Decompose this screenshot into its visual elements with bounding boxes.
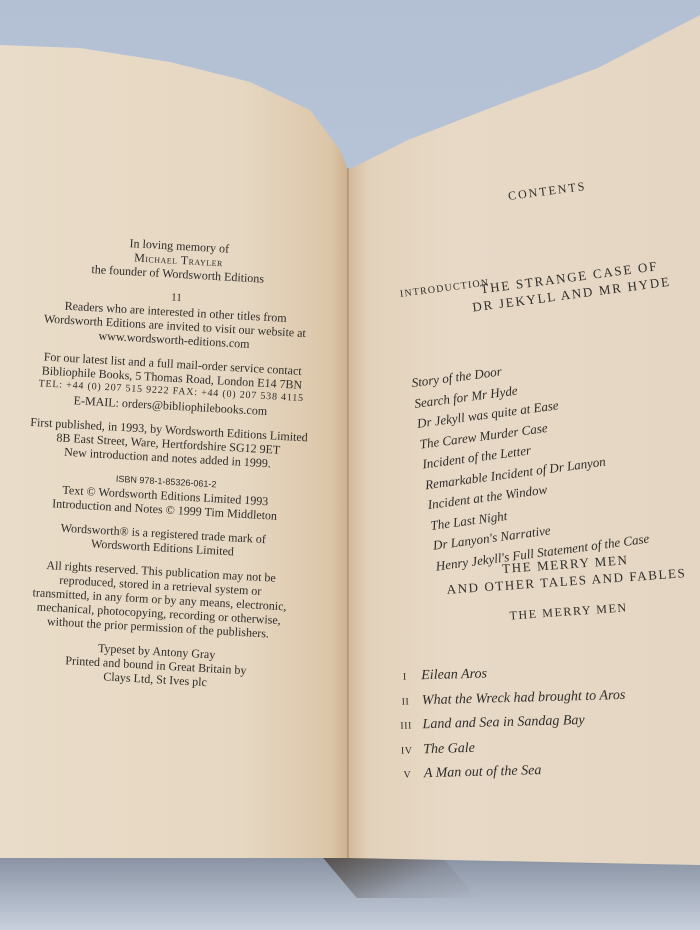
publication-info: First published, in 1993, by Wordsworth … <box>7 414 329 474</box>
copyright-page-text: In loving memory of Michael Trayler the … <box>0 230 340 705</box>
chapter-title: The Gale <box>423 736 475 761</box>
mail-order-info: For our latest list and a full mail-orde… <box>10 348 333 422</box>
chapter-title: Eilean Aros <box>421 663 487 688</box>
chapter-number: I <box>392 665 418 689</box>
printing-info: Typeset by Antony Gray Printed and bound… <box>0 635 317 695</box>
chapter-number: II <box>393 690 419 714</box>
rights-notice: All rights reserved. This publication ma… <box>0 555 321 643</box>
chapter-title: Land and Sea in Sandag Bay <box>422 709 585 737</box>
trademark-notice: Wordsworth® is a registered trade mark o… <box>2 518 323 564</box>
chapter-number: III <box>393 714 419 738</box>
chapter-number: IV <box>394 739 420 763</box>
book-spine <box>347 168 349 858</box>
chapter-number: V <box>395 763 421 787</box>
jekyll-chapter-list: Story of the Door Search for Mr Hyde Dr … <box>410 345 650 576</box>
chapter-title: A Man out of the Sea <box>424 759 542 786</box>
merry-men-chapter-list: I Eilean Aros II What the Wreck had brou… <box>392 658 675 788</box>
